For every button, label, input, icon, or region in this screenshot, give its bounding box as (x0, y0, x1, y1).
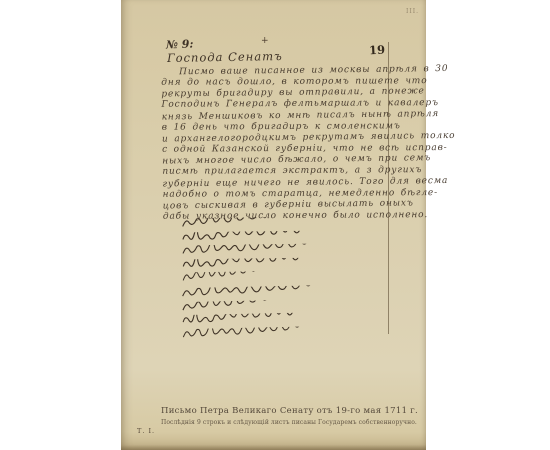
cross-mark: + (261, 36, 269, 46)
caption-subtitle: Послѣднія 9 строкъ и слѣдующій листъ пис… (161, 419, 406, 426)
clerk-hand-paragraph: Писмо ваше писанное из москвы апрѣля в 3… (161, 65, 401, 224)
autograph-scrawl-line (181, 324, 388, 340)
autograph-scrawl-line (181, 229, 390, 244)
autograph-scrawl-line (181, 270, 390, 285)
tome-label: Т. I. (137, 427, 155, 435)
folio-number: 19 (369, 43, 386, 58)
autograph-scrawl-line (181, 216, 390, 231)
scanned-page: III. № 9: + 19 Господа Сенатъ Писмо ваше… (121, 0, 426, 450)
autograph-scrawl-line (181, 256, 390, 271)
plate-corner-mark: III. (406, 8, 419, 15)
autograph-scrawl-line (181, 243, 390, 258)
autograph-paragraph-1 (181, 216, 391, 286)
document-number: № 9: (166, 38, 194, 52)
scan-background: III. № 9: + 19 Господа Сенатъ Писмо ваше… (0, 0, 550, 450)
manuscript-greeting: Господа Сенатъ (167, 49, 283, 65)
autograph-paragraph-2 (180, 284, 388, 342)
plate-caption: Письмо Петра Великаго Сенату отъ 19-го м… (161, 406, 406, 426)
caption-title: Письмо Петра Великаго Сенату отъ 19-го м… (161, 406, 406, 416)
